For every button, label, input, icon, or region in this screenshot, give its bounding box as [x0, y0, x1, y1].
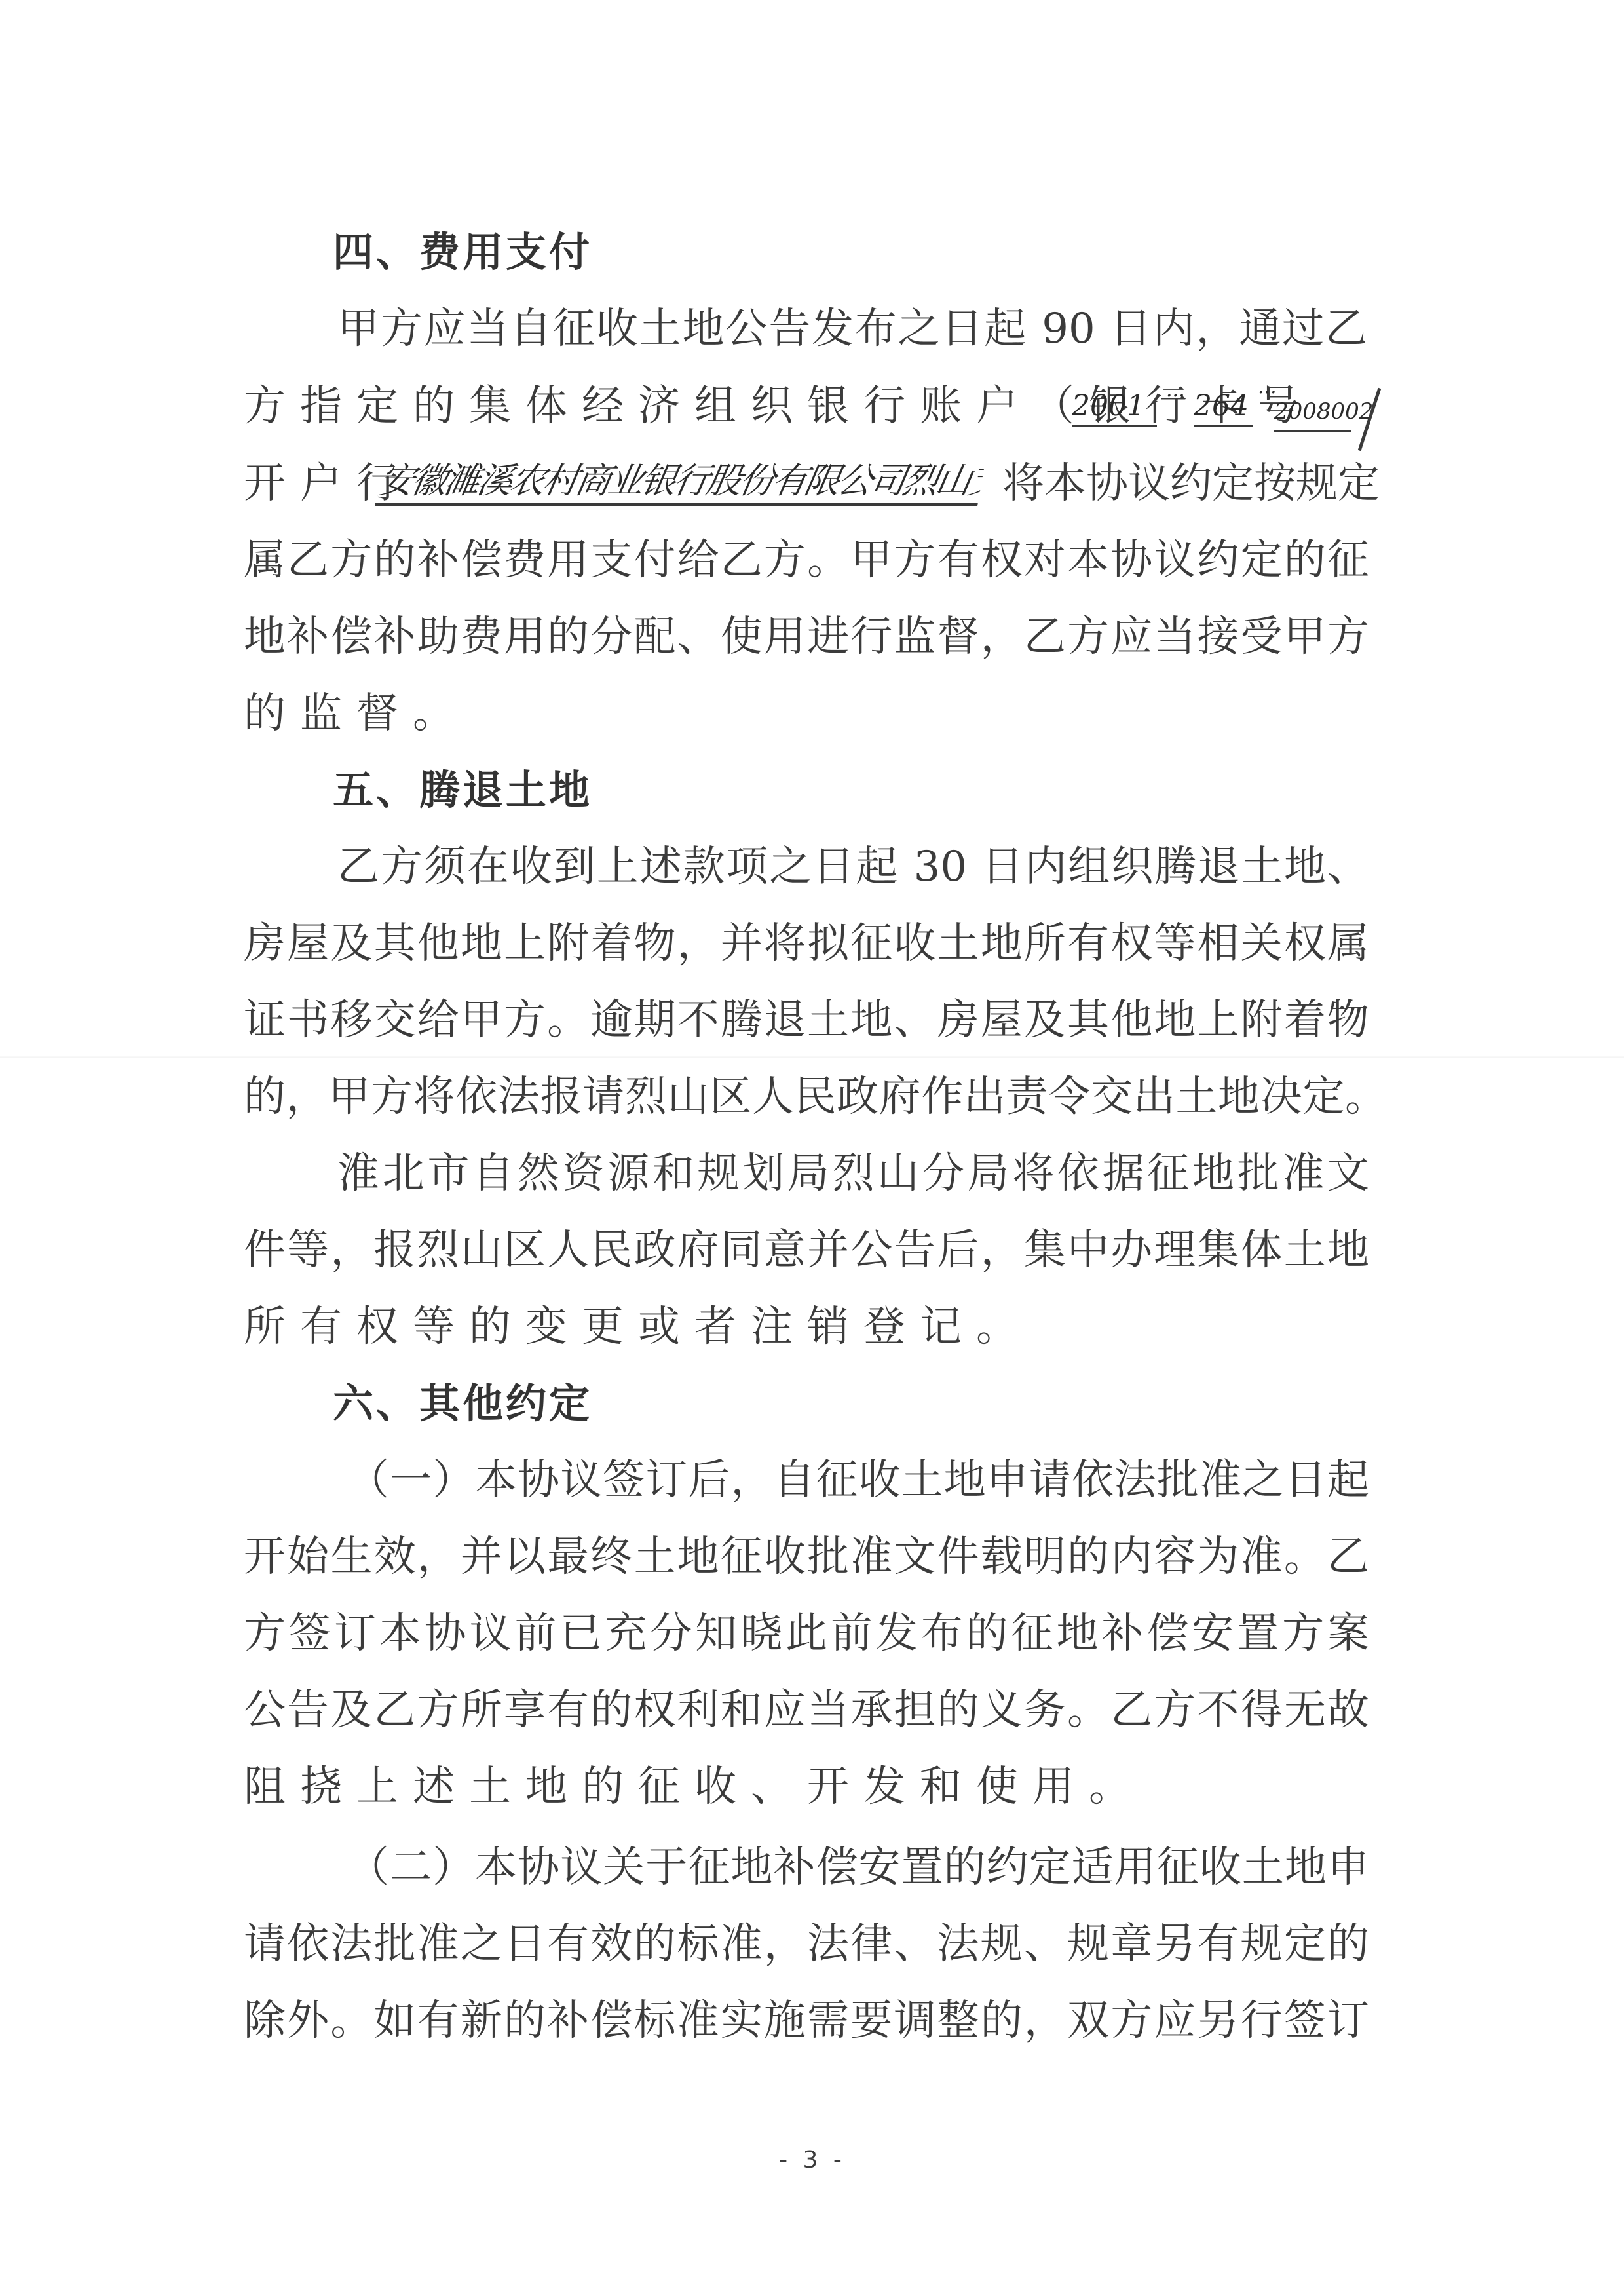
page-number: - 3 - — [747, 2144, 878, 2177]
paragraph-line: 除外。如有新的补偿标准实施需要调整的，双方应另行签订 — [244, 1995, 1369, 2047]
paragraph-line: 甲方应当自征收土地公告发布之日起 90 日内，通过乙 — [337, 303, 1367, 355]
paragraph-line: 房屋及其他地上附着物，并将拟征收土地所有权等相关权属 — [244, 917, 1369, 970]
scan-seam — [0, 1056, 1624, 1058]
section-heading-fee-payment: 四、费用支付 — [333, 226, 592, 278]
paragraph-line: 淮北市自然资源和规划局烈山分局将依据征地批准文 — [337, 1147, 1369, 1200]
handwritten-bank-card-part1: 2001 — [1072, 388, 1157, 427]
paragraph-line: 属乙方的补偿费用支付给乙方。甲方有权对本协议约定的征 — [244, 534, 1369, 586]
paragraph-line: 的监督。 — [244, 687, 469, 740]
paragraph-line: 的，甲方将依法报请烈山区人民政府作出责令交出土地决定。 — [244, 1071, 1387, 1123]
paragraph-line: 证书移交给甲方。逾期不腾退土地、房屋及其他地上附着物 — [244, 994, 1369, 1046]
paragraph-line: 件等，报烈山区人民政府同意并公告后，集中办理集体土地 — [244, 1224, 1369, 1276]
paragraph-line: 开始生效，并以最终土地征收批准文件载明的内容为准。乙 — [244, 1531, 1369, 1583]
handwritten-bank-card-part3: 2008002 — [1274, 393, 1351, 432]
redaction-dots: ··· — [1166, 383, 1185, 410]
paragraph-line: 所有权等的变更或者注销登记。 — [244, 1301, 1032, 1353]
paragraph-line: （一）本协议签订后，自征收土地申请依法批准之日起 — [347, 1454, 1369, 1506]
paragraph-line: 阻挠上述土地的征收、开发和使用。 — [244, 1761, 1145, 1813]
section-heading-land-vacating: 五、腾退土地 — [333, 764, 592, 816]
paragraph-line: 公告及乙方所享有的权利和应当承担的义务。乙方不得无故 — [244, 1684, 1369, 1736]
paragraph-line: 地补偿补助费用的分配、使用进行监督，乙方应当接受甲方 — [244, 611, 1369, 663]
paragraph-line: 请依法批准之日有效的标准，法律、法规、规章另有规定的 — [244, 1918, 1369, 1970]
section-heading-other-agreements: 六、其他约定 — [333, 1377, 592, 1430]
paragraph-line: 乙方须在收到上述款项之日起 30 日内组织腾退土地、 — [337, 841, 1369, 893]
document-page: 四、费用支付 甲方应当自征收土地公告发布之日起 90 日内，通过乙 方指定的集体… — [0, 0, 1624, 2296]
handwritten-bank-card-part2: 264 — [1194, 388, 1253, 427]
paragraph-line: 将本协议约定按规定 — [1002, 457, 1369, 510]
paragraph-line: 方签订本协议前已充分知晓此前发布的征地补偿安置方案 — [244, 1607, 1369, 1660]
handwritten-bank-name: 安徽濉溪农村商业银行股份有限公司烈山支行 — [375, 460, 985, 506]
paragraph-line: （二）本协议关于征地补偿安置的约定适用征收土地申 — [347, 1841, 1369, 1894]
